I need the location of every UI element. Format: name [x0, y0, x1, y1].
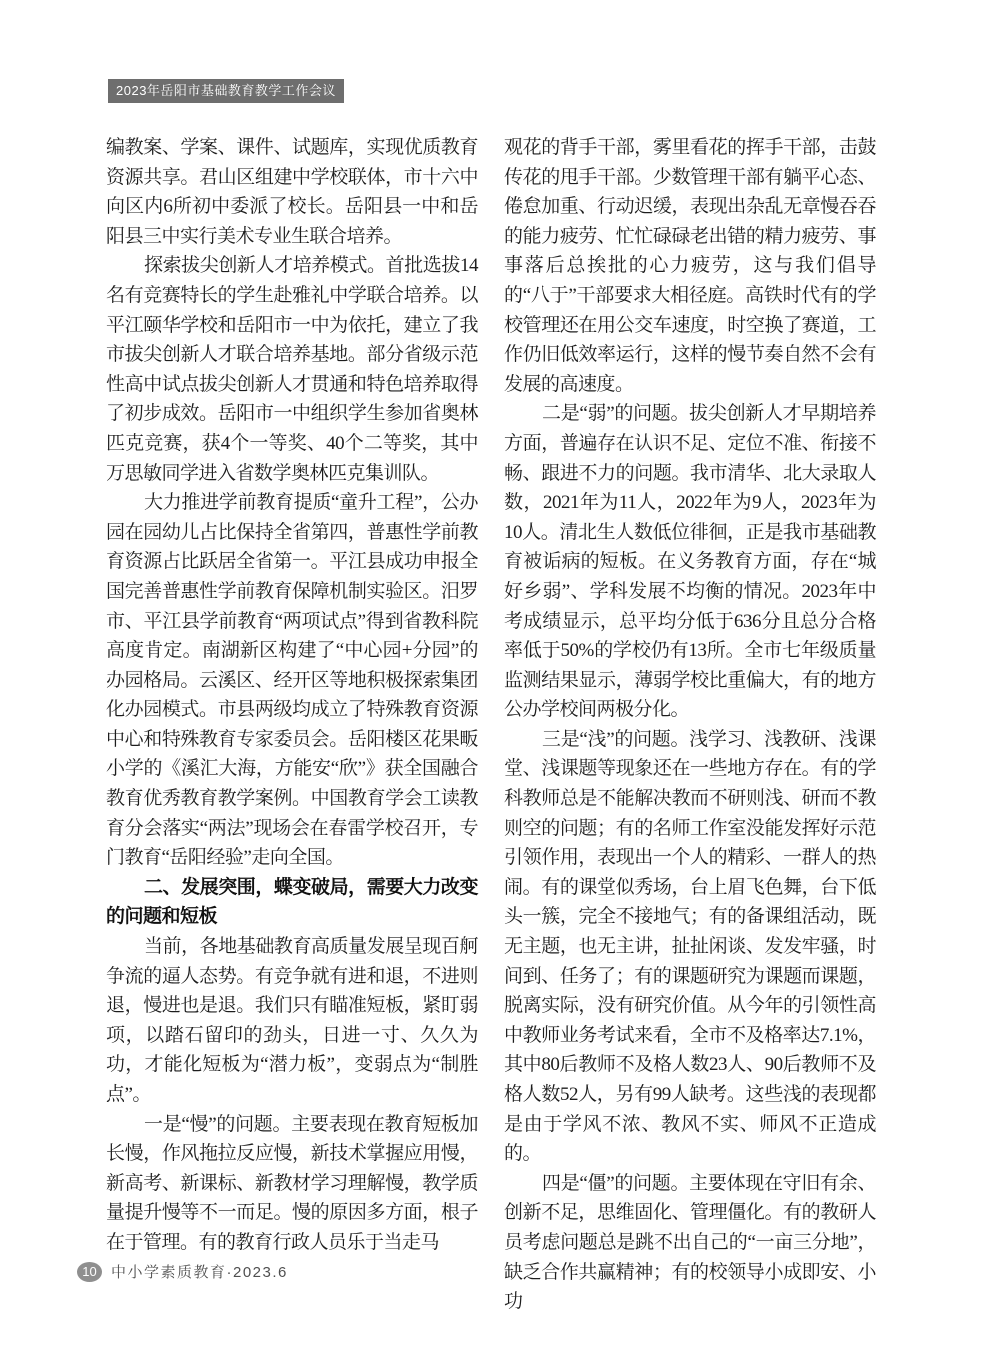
paragraph: 二是“弱”的问题。拔尖创新人才早期培养方面，普遍存在认识不足、定位不准、衔接不畅…	[504, 399, 876, 725]
page-footer: 10 中小学素质教育·2023.6	[77, 1261, 288, 1282]
journal-title: 中小学素质教育·2023.6	[111, 1261, 288, 1282]
section-heading: 二、发展突围，蝶变破局，需要大力改变的问题和短板	[106, 873, 478, 932]
paragraph: 三是“浅”的问题。浅学习、浅教研、浅课堂、浅课题等现象还在一些地方存在。有的学科…	[504, 725, 876, 1169]
paragraph: 编教案、学案、课件、试题库，实现优质教育资源共享。君山区组建中学校联体，市十六中…	[106, 133, 478, 251]
magazine-page: 2023年岳阳市基础教育教学工作会议 编教案、学案、课件、试题库，实现优质教育资…	[0, 0, 992, 1346]
section-badge: 2023年岳阳市基础教育教学工作会议	[108, 79, 344, 103]
page-number-badge: 10	[77, 1262, 102, 1282]
paragraph: 观花的背手干部，雾里看花的挥手干部，击鼓传花的甩手干部。少数管理干部有躺平心态、…	[504, 133, 876, 399]
paragraph: 探索拔尖创新人才培养模式。首批选拔14名有竞赛特长的学生赴雅礼中学联合培养。以平…	[106, 251, 478, 488]
paragraph: 四是“僵”的问题。主要体现在守旧有余、创新不足，思维固化、管理僵化。有的教研人员…	[504, 1169, 876, 1317]
left-column: 编教案、学案、课件、试题库，实现优质教育资源共享。君山区组建中学校联体，市十六中…	[106, 133, 478, 1317]
article-body: 编教案、学案、课件、试题库，实现优质教育资源共享。君山区组建中学校联体，市十六中…	[106, 133, 876, 1317]
paragraph: 大力推进学前教育提质“童升工程”，公办园在园幼儿占比保持全省第四，普惠性学前教育…	[106, 488, 478, 873]
right-column: 观花的背手干部，雾里看花的挥手干部，击鼓传花的甩手干部。少数管理干部有躺平心态、…	[504, 133, 876, 1317]
paragraph: 一是“慢”的问题。主要表现在教育短板加长慢，作风拖拉反应慢，新技术掌握应用慢，新…	[106, 1110, 478, 1258]
paragraph: 当前，各地基础教育高质量发展呈现百舸争流的逼人态势。有竞争就有进和退，不进则退，…	[106, 932, 478, 1110]
